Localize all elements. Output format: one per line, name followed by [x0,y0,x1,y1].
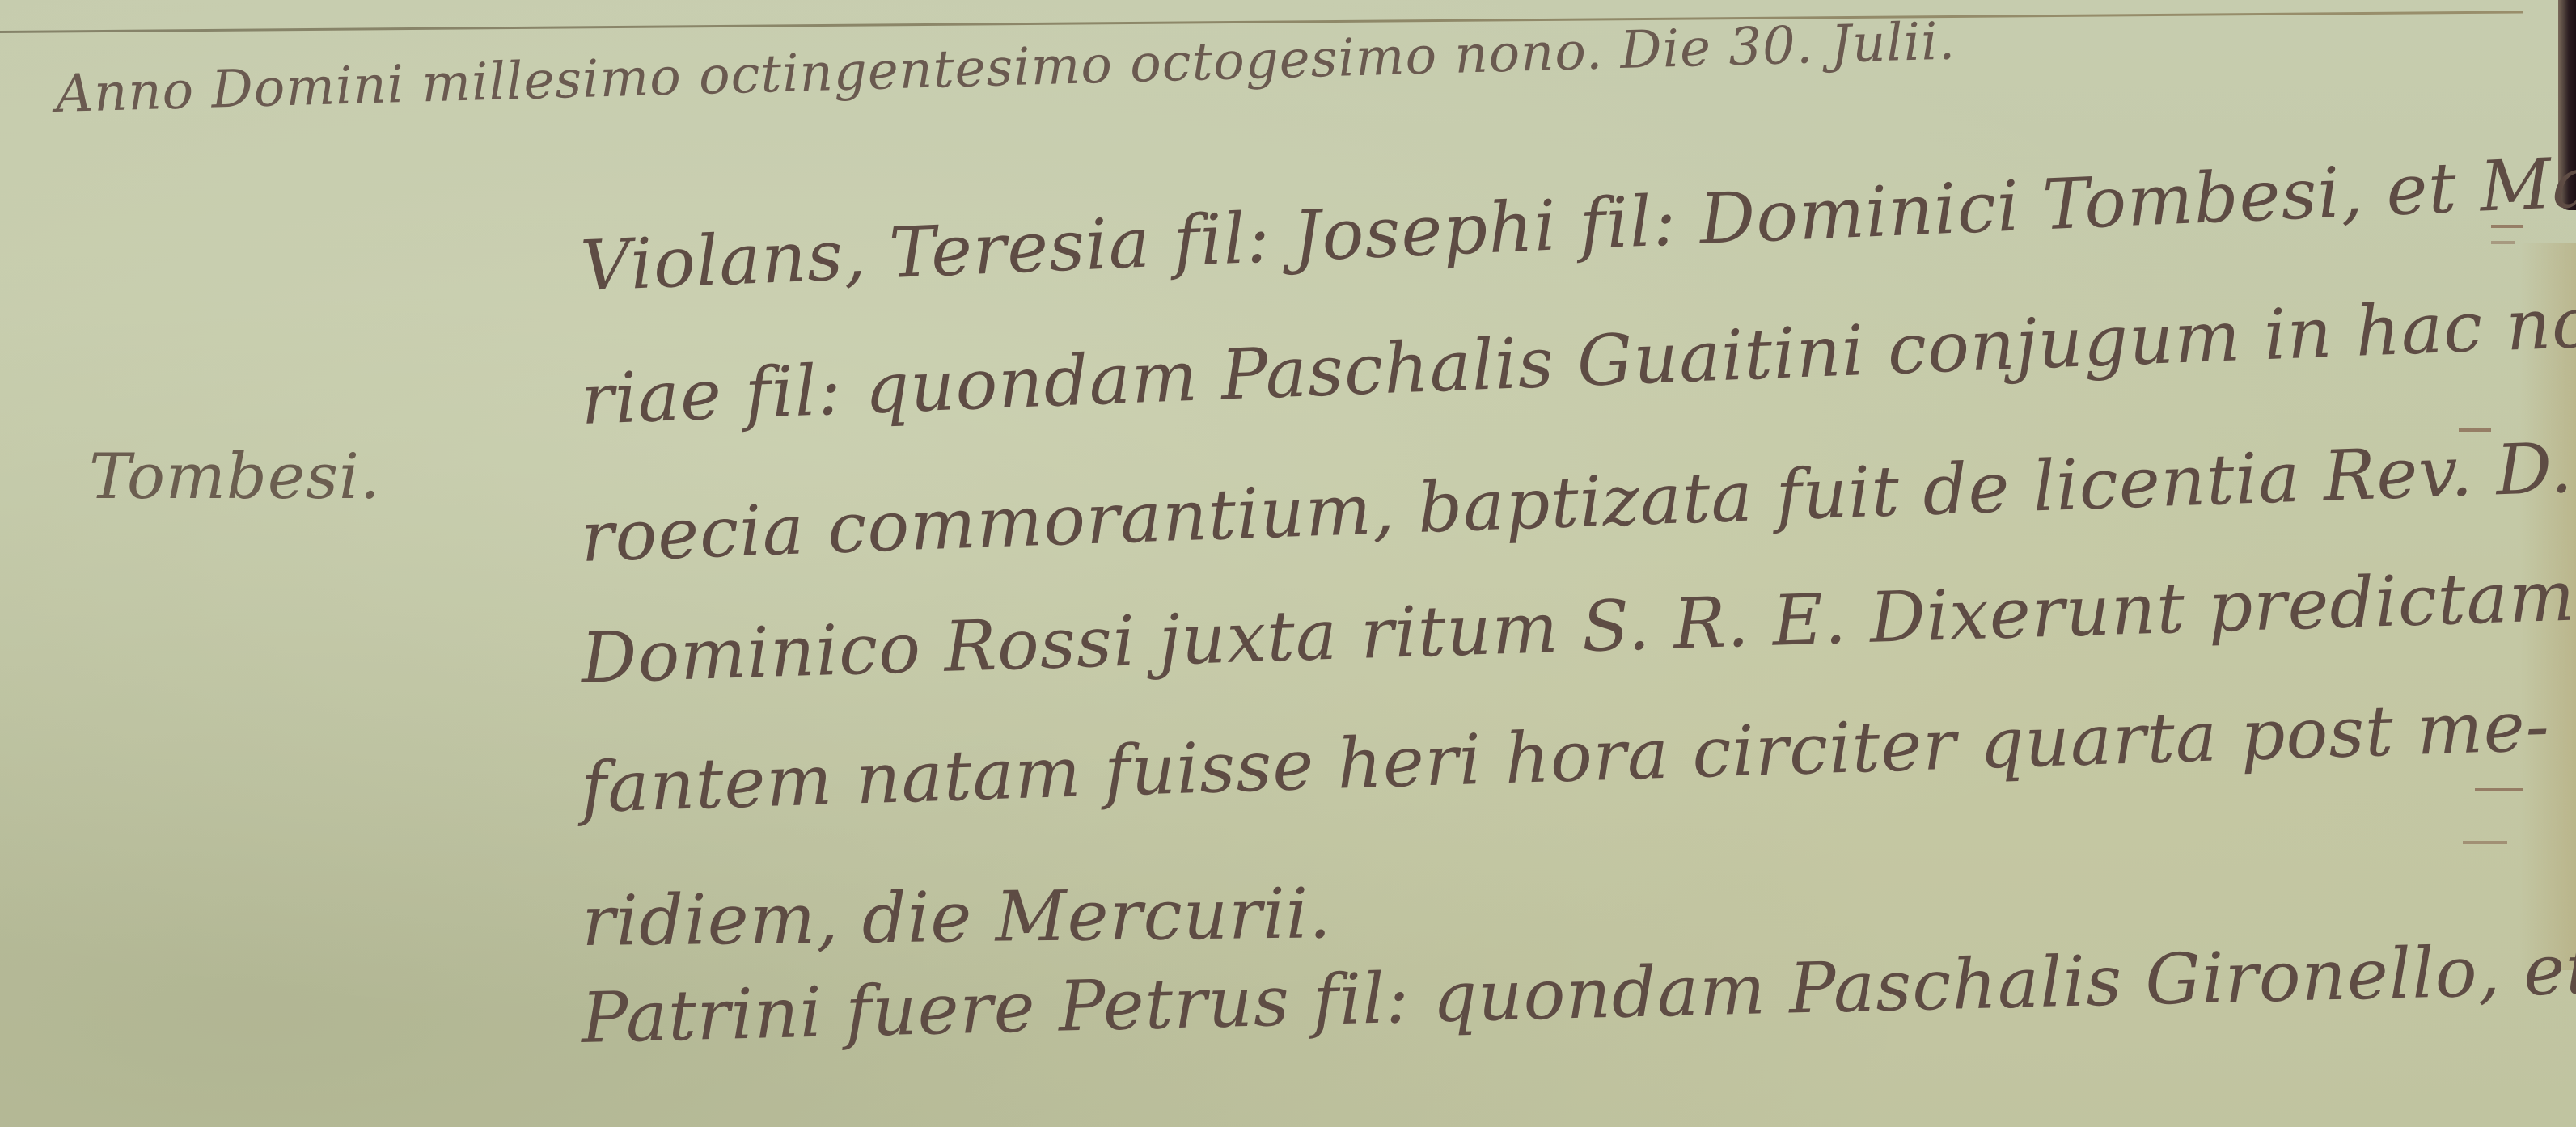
hyphen-mark [2491,241,2515,244]
top-rule-line [0,11,2523,33]
entry-line-2: riae fil: quondam Paschalis Guaitini con… [579,272,2576,441]
entry-line-4: Dominico Rossi juxta ritum S. R. E. Dixe… [580,552,2576,699]
hyphen-mark [2491,225,2523,228]
entry-line-1: Violans, Teresia fil: Josephi fil: Domin… [579,141,2576,307]
entry-line-5: fantem natam fuisse heri hora circiter q… [580,686,2551,829]
hyphen-mark [2459,428,2491,432]
entry-line-3: roecia commorantium, baptizata fuit de l… [580,428,2574,578]
margin-surname: Tombesi. [89,441,381,513]
manuscript-page: Anno Domini millesimo octingentesimo oct… [0,0,2576,1127]
entry-line-6: ridiem, die Mercurii. [582,873,1332,962]
hyphen-mark [2475,788,2523,791]
hyphen-mark [2463,841,2507,844]
